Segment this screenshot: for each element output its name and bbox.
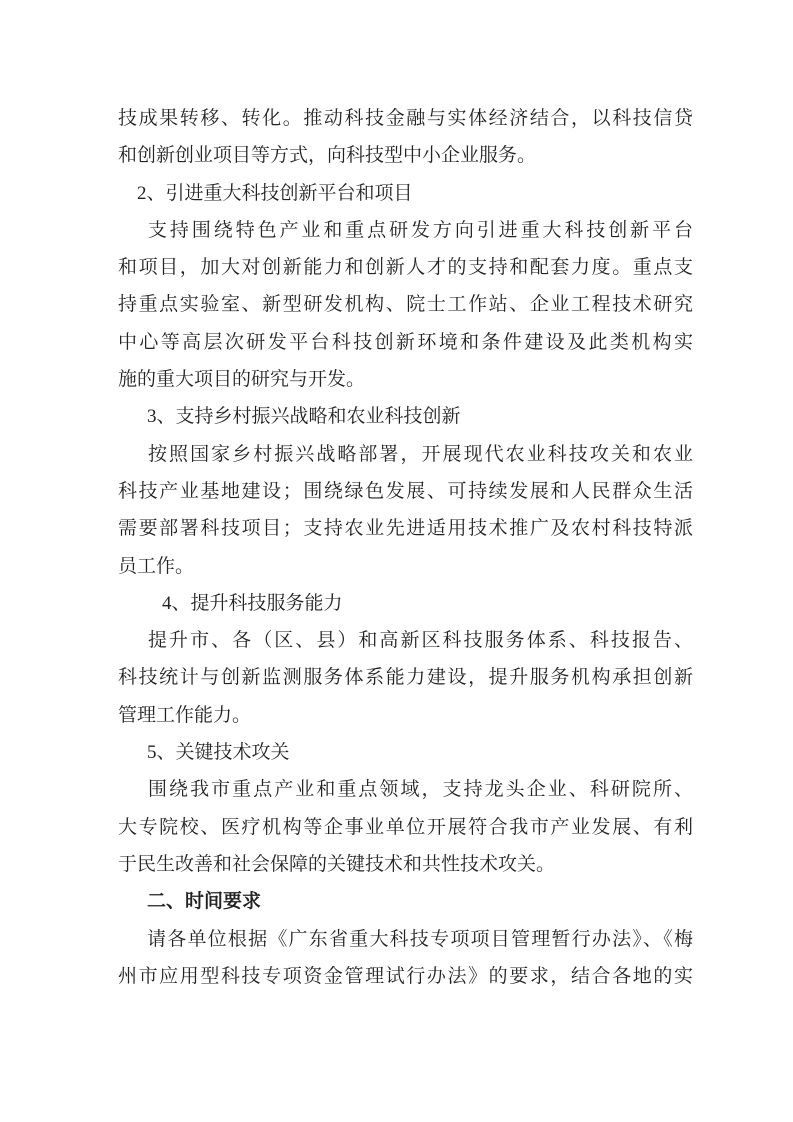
body-text-line: 于民生改善和社会保障的关键技术和共性技术攻关。: [118, 846, 693, 883]
body-text-line: 施的重大项目的研究与开发。: [118, 361, 693, 398]
body-text-line: 按照国家乡村振兴战略部署，开展现代农业科技攻关和农业: [118, 436, 693, 473]
numbered-heading-3: 3、支持乡村振兴战略和农业科技创新: [118, 398, 693, 435]
numbered-heading-4: 4、提升科技服务能力: [118, 585, 693, 622]
body-text-line: 需要部署科技项目；支持农业先进适用技术推广及农村科技特派: [118, 510, 693, 547]
numbered-heading-5: 5、关键技术攻关: [118, 734, 693, 771]
body-text-line: 支持围绕特色产业和重点研发方向引进重大科技创新平台: [118, 212, 693, 249]
document-content: 技成果转移、转化。推动科技金融与实体经济结合，以科技信贷 和创新创业项目等方式，…: [118, 100, 693, 995]
body-text-line: 管理工作能力。: [118, 697, 693, 734]
body-text-line: 和创新创业项目等方式，向科技型中小企业服务。: [118, 137, 693, 174]
body-text-line: 技成果转移、转化。推动科技金融与实体经济结合，以科技信贷: [118, 100, 693, 137]
numbered-heading-2: 2、引进重大科技创新平台和项目: [118, 175, 693, 212]
body-text-line: 科技统计与创新监测服务体系能力建设，提升服务机构承担创新: [118, 659, 693, 696]
body-text-line: 请各单位根据《广东省重大科技专项项目管理暂行办法》、《梅: [118, 921, 693, 958]
body-text-line: 提升市、各（区、县）和高新区科技服务体系、科技报告、: [118, 622, 693, 659]
body-text-line: 科技产业基地建设；围绕绿色发展、可持续发展和人民群众生活: [118, 473, 693, 510]
section-heading-time-requirements: 二、时间要求: [118, 883, 693, 920]
body-text-line: 州市应用型科技专项资金管理试行办法》的要求，结合各地的实: [118, 958, 693, 995]
body-text-line: 围绕我市重点产业和重点领域，支持龙头企业、科研院所、: [118, 771, 693, 808]
body-text-line: 员工作。: [118, 548, 693, 585]
body-text-line: 持重点实验室、新型研发机构、院士工作站、企业工程技术研究: [118, 286, 693, 323]
body-text-line: 中心等高层次研发平台科技创新环境和条件建设及此类机构实: [118, 324, 693, 361]
body-text-line: 大专院校、医疗机构等企事业单位开展符合我市产业发展、有利: [118, 809, 693, 846]
document-page: 技成果转移、转化。推动科技金融与实体经济结合，以科技信贷 和创新创业项目等方式，…: [0, 0, 793, 1122]
body-text-line: 和项目，加大对创新能力和创新人才的支持和配套力度。重点支: [118, 249, 693, 286]
